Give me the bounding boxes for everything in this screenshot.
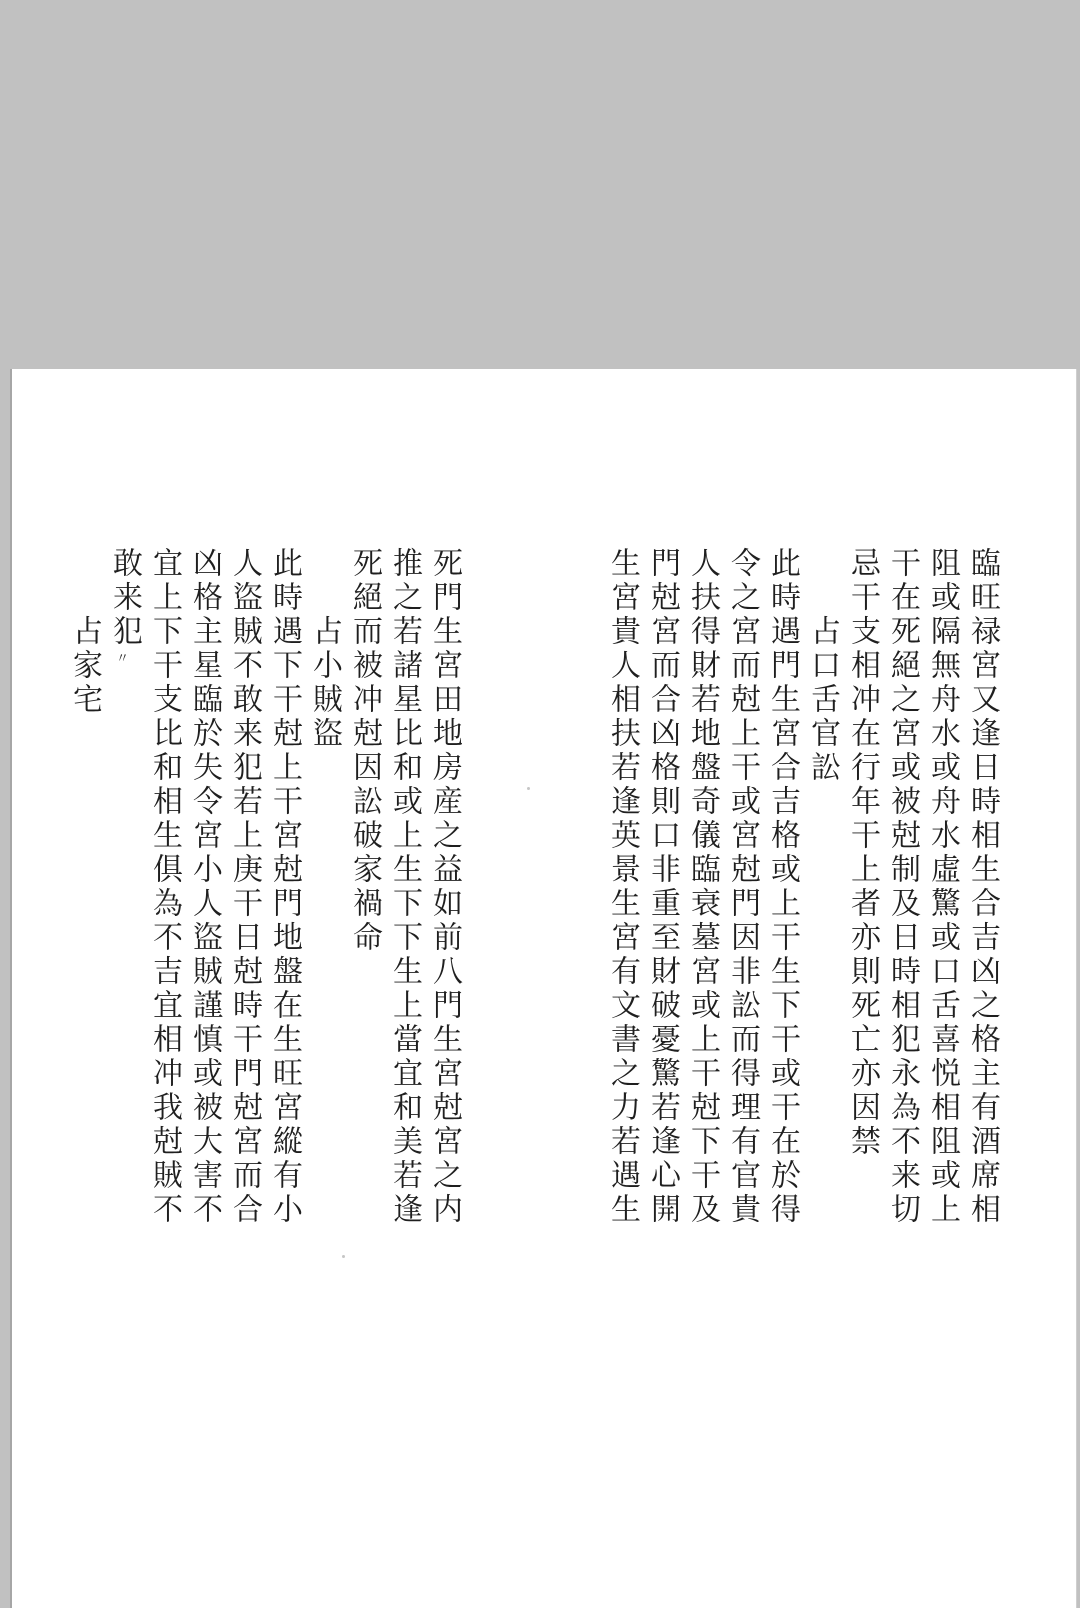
text-block-right: 臨旺禄宮又逢日時相生合吉凶之格主有酒席相阻或隔無舟水或舟水虛驚或口舌喜悦相阻或上… [602,547,1002,1257]
text-column: 令之宮而尅上干或宮尅門因非訟而得理有官貴 [722,547,762,1257]
scan-background: { "page": { "background_color": "#c1c1c1… [0,0,1080,1608]
ditto-mark: 〃 [113,651,128,664]
section-heading: 占家宅 [64,615,104,1257]
text-column: 此時遇下干尅上干宮尅門地盤在生旺宮縱有小 [264,547,304,1257]
text-column: 死絕而被冲尅因訟破家禍命 [344,547,384,1257]
text-column: 門尅宮而合凶格則口非重至財破憂驚若逢心開 [642,547,682,1257]
manuscript-page: 臨旺禄宮又逢日時相生合吉凶之格主有酒席相阻或隔無舟水或舟水虛驚或口舌喜悦相阻或上… [10,369,1076,1608]
text-column: 干在死絕之宮或被尅制及日時相犯永為不来切 [882,547,922,1257]
text-column: 推之若諸星比和或上生下下生上當宜和美若逢 [384,547,424,1257]
text-column: 死門生宮田地房産之益如前八門生宮尅宮之内 [424,547,464,1257]
section-heading: 占小賊盜 [304,615,344,1257]
section-heading: 占口舌官訟 [802,615,842,1257]
ink-speck [342,1255,345,1258]
text-column: 忌干支相冲在行年干上者亦則死亡亦因禁 [842,547,882,1257]
text-column: 宜上下干支比和相生俱為不吉宜相冲我尅賊不 [144,547,184,1257]
text-column: 敢来犯〃 [104,547,144,1257]
text-column: 臨旺禄宮又逢日時相生合吉凶之格主有酒席相 [962,547,1002,1257]
ink-speck [527,787,530,790]
text-column: 此時遇門生宮合吉格或上干生下干或干在於得 [762,547,802,1257]
text-column: 人扶得財若地盤奇儀臨衰墓宮或上干尅下干及 [682,547,722,1257]
text-column: 凶格主星臨於失令宮小人盜賊謹慎或被大害不 [184,547,224,1257]
text-block-left: 死門生宮田地房産之益如前八門生宮尅宮之内推之若諸星比和或上生下下生上當宜和美若逢… [64,547,464,1257]
text-column: 阻或隔無舟水或舟水虛驚或口舌喜悦相阻或上 [922,547,962,1257]
text-column: 生宮貴人相扶若逢英景生宮有文書之力若遇生 [602,547,642,1257]
text-column: 人盜賊不敢来犯若上庚干日尅時干門尅宮而合 [224,547,264,1257]
